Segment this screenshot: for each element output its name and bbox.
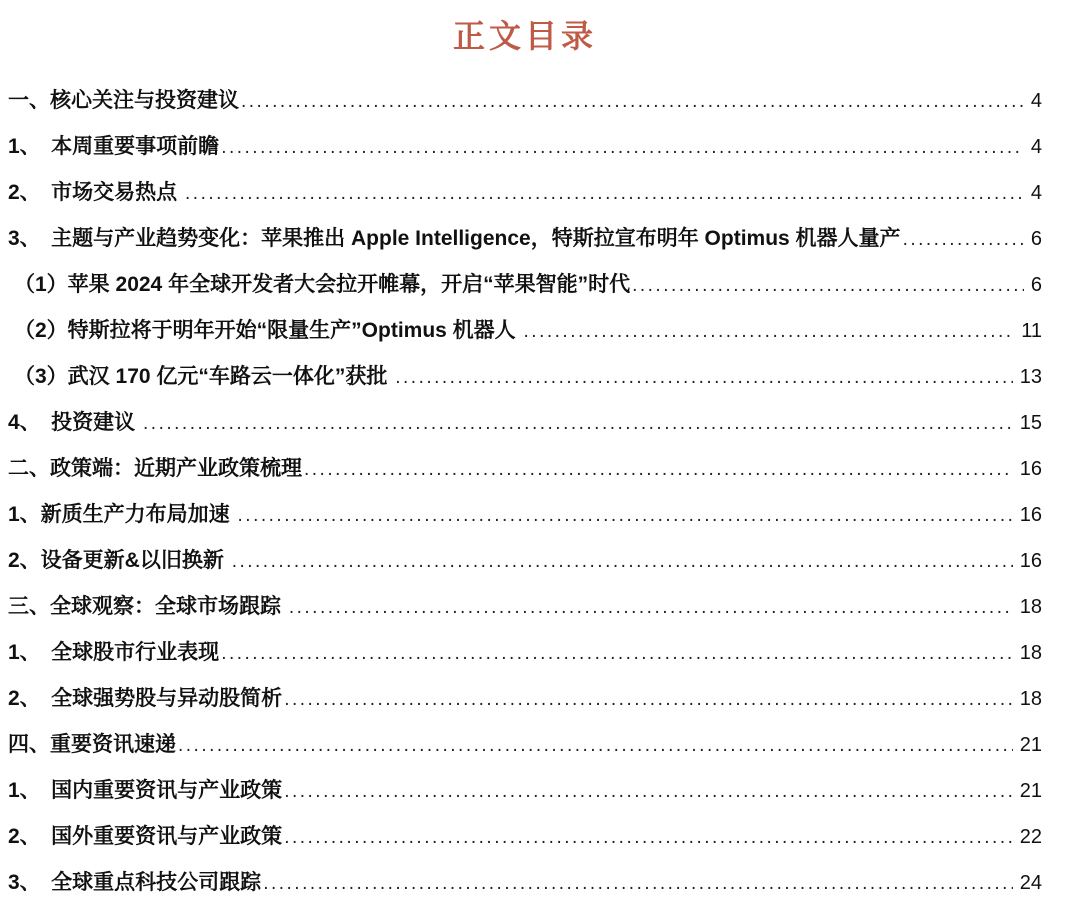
toc-page-number: 6: [1026, 272, 1042, 298]
toc-page-number: 13: [1015, 364, 1042, 390]
toc-leader-dots: [524, 318, 1015, 345]
table-of-contents: 一、核心关注与投资建议 4 1、 本周重要事项前瞻 4 2、 市场交易热点 4 …: [8, 88, 1042, 897]
toc-page-number: 24: [1015, 870, 1042, 896]
toc-entry: 2、 全球强势股与异动股简析 18: [8, 686, 1042, 713]
toc-leader-dots: [284, 824, 1013, 851]
toc-entry-label: 2、 全球强势股与异动股简析: [8, 686, 282, 712]
toc-page-number: 4: [1026, 134, 1042, 160]
toc-page-number: 22: [1015, 824, 1042, 850]
toc-page-number: 16: [1015, 456, 1042, 482]
toc-entry: 1、 本周重要事项前瞻 4: [8, 134, 1042, 161]
toc-entry: （3）武汉 170 亿元“车路云一体化”获批 13: [8, 364, 1042, 391]
toc-entry-label: 1、 本周重要事项前瞻: [8, 134, 219, 160]
toc-leader-dots: [284, 778, 1013, 805]
toc-entry: 2、 市场交易热点 4: [8, 180, 1042, 207]
toc-page-number: 16: [1015, 548, 1042, 574]
toc-leader-dots: [632, 272, 1024, 299]
toc-page-number: 4: [1026, 88, 1042, 114]
toc-entry-label: 4、 投资建议: [8, 410, 141, 436]
toc-leader-dots: [304, 456, 1013, 483]
toc-entry-label: （3）武汉 170 亿元“车路云一体化”获批: [8, 364, 393, 390]
toc-page-number: 6: [1026, 226, 1042, 252]
toc-entry: 2、设备更新&以旧换新 16: [8, 548, 1042, 575]
toc-leader-dots: [241, 88, 1024, 115]
toc-page-number: 18: [1015, 640, 1042, 666]
toc-entry-label: 2、 国外重要资讯与产业政策: [8, 824, 282, 850]
toc-entry-label: 四、重要资讯速递: [8, 732, 176, 758]
toc-entry: 1、 国内重要资讯与产业政策 21: [8, 778, 1042, 805]
toc-entry-label: 2、设备更新&以旧换新: [8, 548, 230, 574]
toc-title: 正文目录: [8, 14, 1042, 58]
toc-page-number: 4: [1026, 180, 1042, 206]
toc-page-number: 15: [1015, 410, 1042, 436]
toc-leader-dots: [232, 548, 1013, 575]
toc-leader-dots: [903, 226, 1024, 253]
toc-entry-label: 三、全球观察：全球市场跟踪: [8, 594, 287, 620]
toc-page-number: 16: [1015, 502, 1042, 528]
toc-entry: 1、 全球股市行业表现 18: [8, 640, 1042, 667]
toc-entry-label: 3、 全球重点科技公司跟踪: [8, 870, 261, 896]
toc-leader-dots: [185, 180, 1024, 207]
toc-entry-label: 2、 市场交易热点: [8, 180, 183, 206]
toc-entry: 3、 主题与产业趋势变化：苹果推出 Apple Intelligence，特斯拉…: [8, 226, 1042, 253]
toc-entry-label: 1、新质生产力布局加速: [8, 502, 236, 528]
toc-entry: 1、新质生产力布局加速 16: [8, 502, 1042, 529]
toc-entry: 2、 国外重要资讯与产业政策 22: [8, 824, 1042, 851]
toc-leader-dots: [238, 502, 1013, 529]
toc-entry: （2）特斯拉将于明年开始“限量生产”Optimus 机器人 11: [8, 318, 1042, 345]
toc-page-number: 11: [1016, 318, 1042, 344]
toc-entry-label: （2）特斯拉将于明年开始“限量生产”Optimus 机器人: [8, 318, 522, 344]
toc-entry: 3、 全球重点科技公司跟踪 24: [8, 870, 1042, 897]
toc-entry: 二、政策端：近期产业政策梳理 16: [8, 456, 1042, 483]
toc-entry-label: 一、核心关注与投资建议: [8, 88, 239, 114]
toc-page-number: 18: [1015, 594, 1042, 620]
toc-page-number: 21: [1015, 778, 1042, 804]
toc-entry: 4、 投资建议 15: [8, 410, 1042, 437]
toc-entry-label: 二、政策端：近期产业政策梳理: [8, 456, 302, 482]
toc-leader-dots: [395, 364, 1013, 391]
toc-page-number: 21: [1015, 732, 1042, 758]
toc-leader-dots: [178, 732, 1013, 759]
toc-leader-dots: [221, 640, 1013, 667]
toc-entry-label: 1、 全球股市行业表现: [8, 640, 219, 666]
toc-entry-label: 1、 国内重要资讯与产业政策: [8, 778, 282, 804]
toc-entry: 三、全球观察：全球市场跟踪 18: [8, 594, 1042, 621]
toc-page-number: 18: [1015, 686, 1042, 712]
toc-leader-dots: [284, 686, 1013, 713]
toc-entry: 四、重要资讯速递 21: [8, 732, 1042, 759]
toc-entry: 一、核心关注与投资建议 4: [8, 88, 1042, 115]
toc-leader-dots: [143, 410, 1013, 437]
toc-leader-dots: [221, 134, 1024, 161]
toc-entry-label: （1）苹果 2024 年全球开发者大会拉开帷幕，开启“苹果智能”时代: [8, 272, 630, 298]
toc-entry-label: 3、 主题与产业趋势变化：苹果推出 Apple Intelligence，特斯拉…: [8, 226, 901, 252]
toc-entry: （1）苹果 2024 年全球开发者大会拉开帷幕，开启“苹果智能”时代 6: [8, 272, 1042, 299]
toc-leader-dots: [263, 870, 1013, 897]
toc-leader-dots: [289, 594, 1013, 621]
document-page: 正文目录 一、核心关注与投资建议 4 1、 本周重要事项前瞻 4 2、 市场交易…: [0, 0, 1080, 914]
